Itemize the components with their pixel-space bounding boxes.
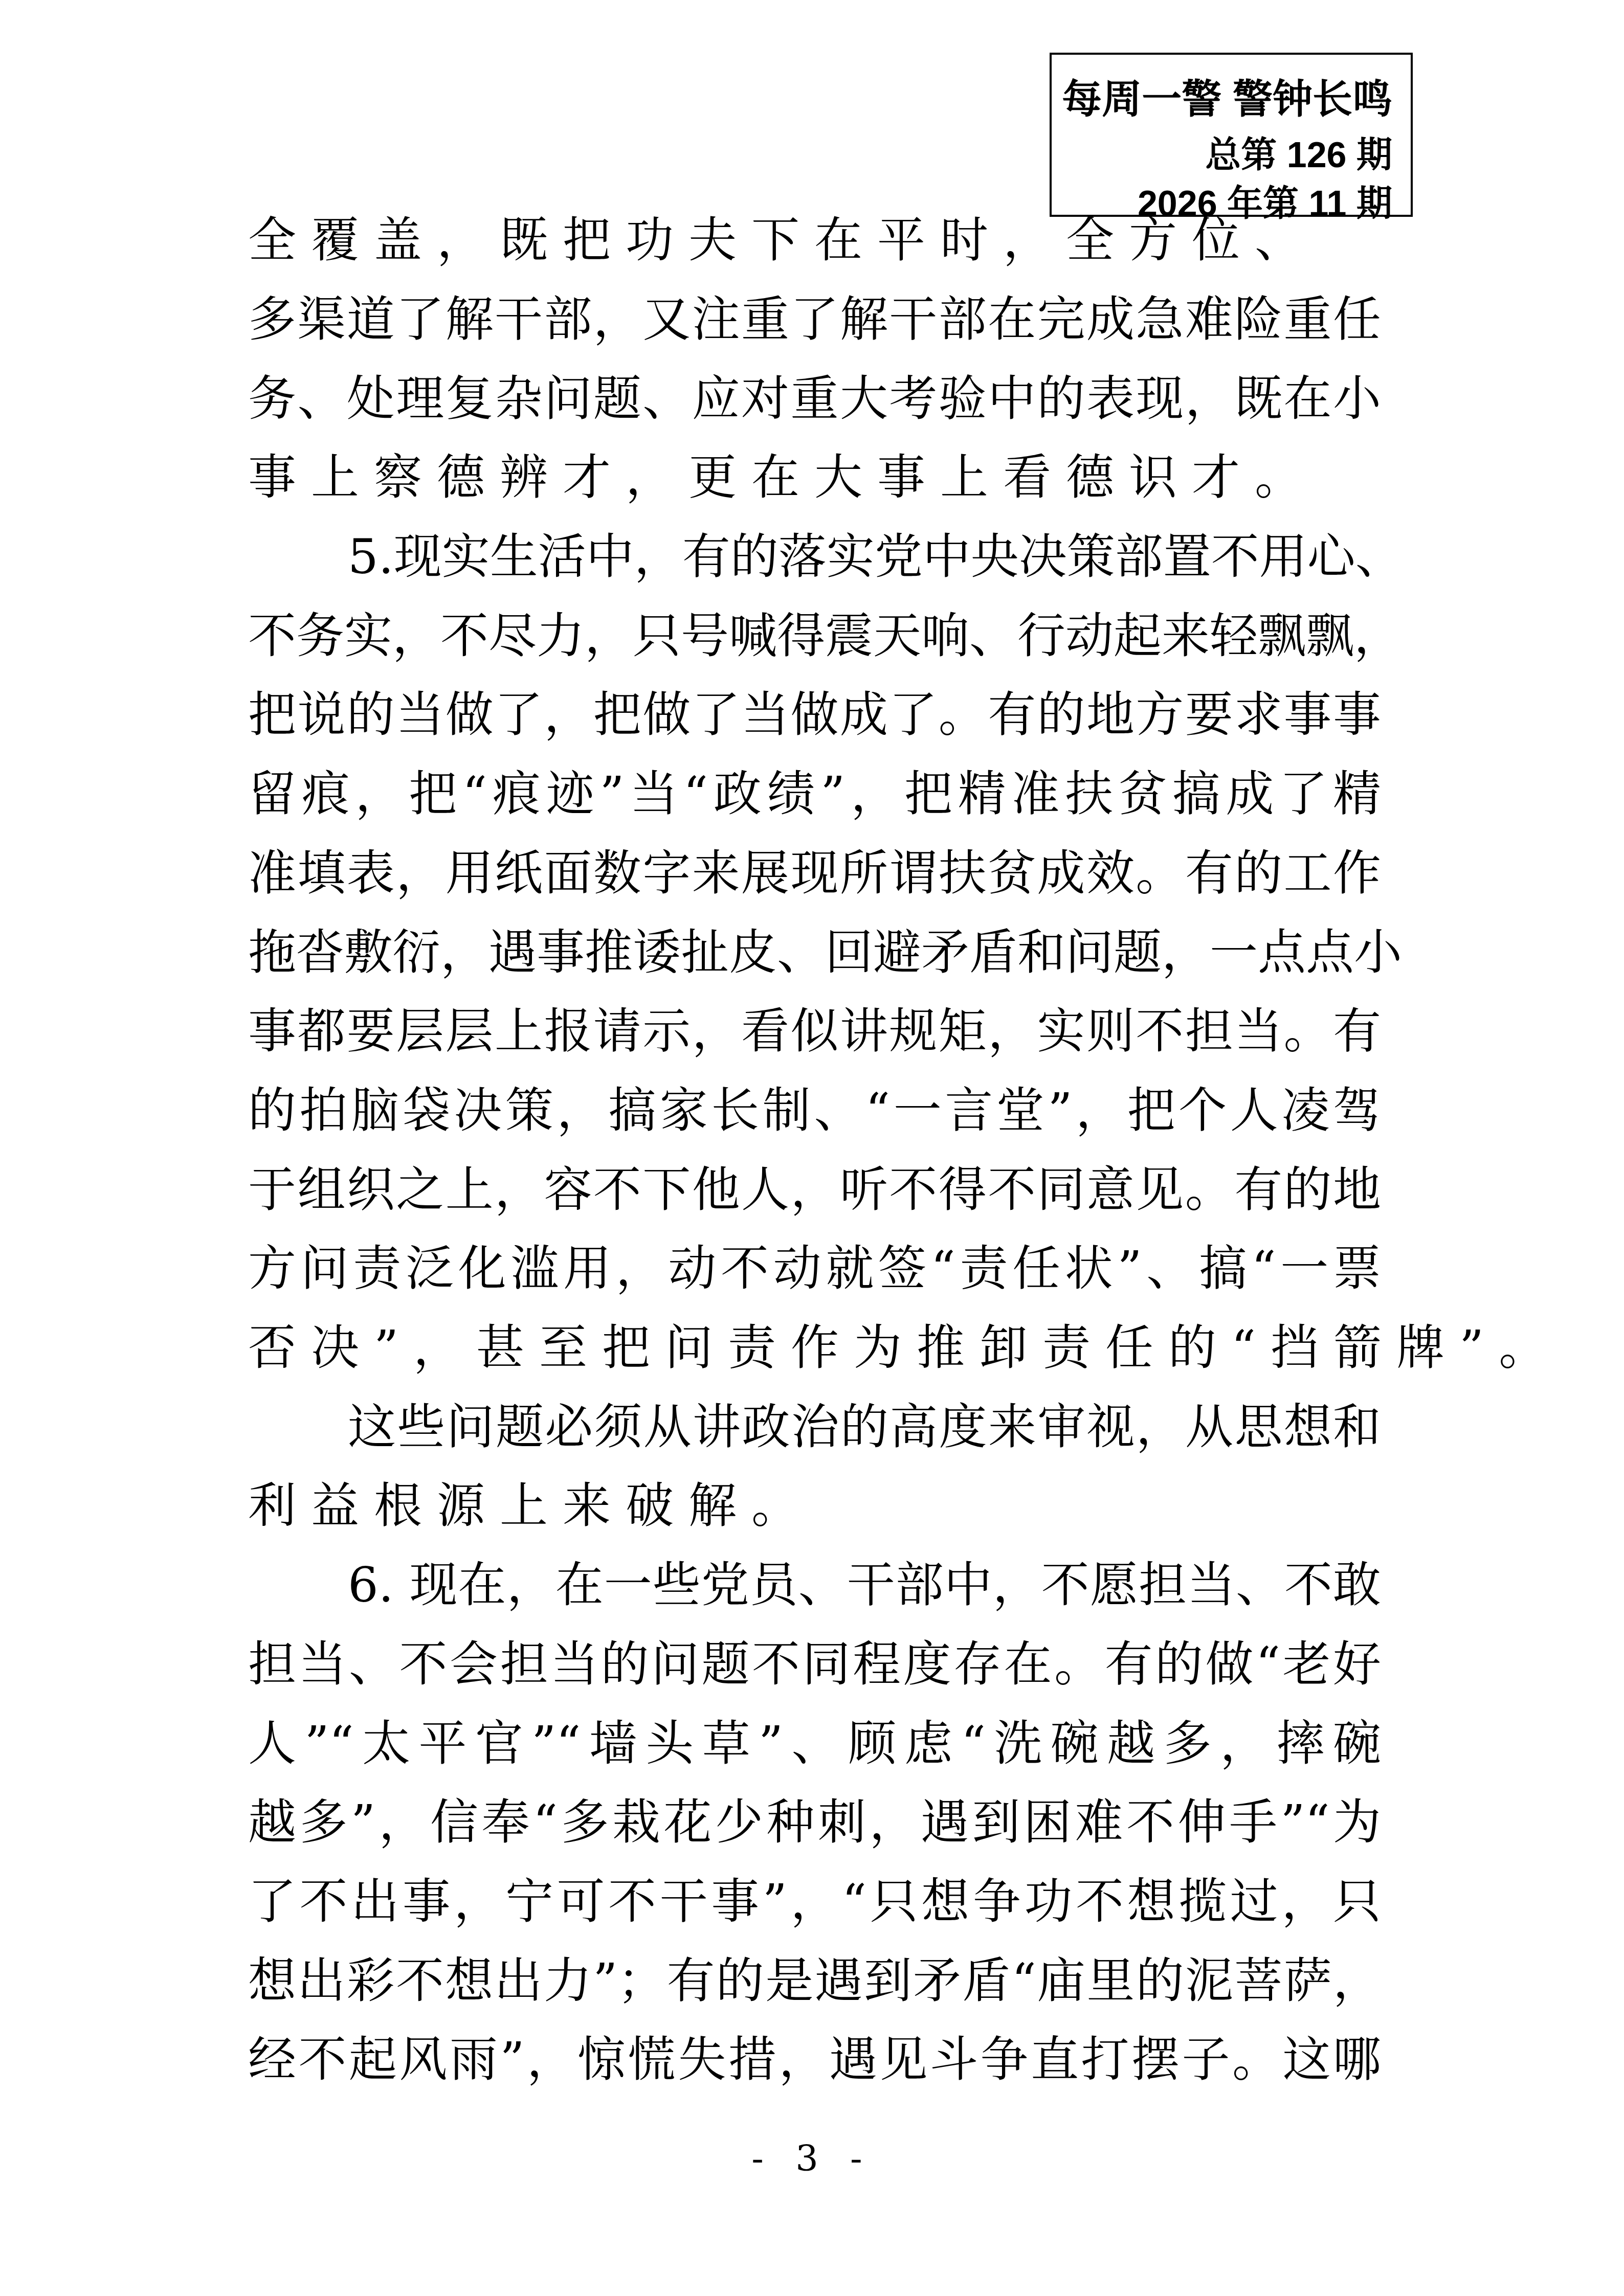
text-line: 务、处理复杂问题、应对重大考验中的表现，既在小 (248, 371, 1381, 427)
text-line: 多渠道了解干部，又注重了解干部在完成急难险重任 (248, 292, 1381, 348)
text-line: 人”“太平官”“墙头草”、顾虑“洗碗越多，摔碗 (248, 1716, 1381, 1772)
text-line: 方问责泛化滥用，动不动就签“责任状”、搞“一票 (248, 1241, 1381, 1297)
text-line: 否决”，甚至把问责作为推卸责任的“挡箭牌”。 (248, 1320, 1381, 1377)
document-body: 全覆盖，既把功夫下在平时，全方位、 多渠道了解干部，又注重了解干部在完成急难险重… (0, 0, 1624, 2296)
text-line: 担当、不会担当的问题不同程度存在。有的做“老好 (248, 1637, 1381, 1693)
text-line: 事都要层层上报请示，看似讲规矩，实则不担当。有 (248, 1004, 1381, 1060)
text-line: 全覆盖，既把功夫下在平时，全方位、 (248, 213, 1381, 269)
text-line: 的拍脑袋决策，搞家长制、“一言堂”，把个人凌驾 (248, 1083, 1381, 1139)
page-number: - 3 - (0, 2137, 1624, 2179)
text-line: 经不起风雨”，惊慌失措，遇见斗争直打摆子。这哪 (248, 2032, 1381, 2088)
text-line: 了不出事，宁可不干事”，“只想争功不想揽过，只 (248, 1874, 1381, 1930)
text-line: 准填表，用纸面数字来展现所谓扶贫成效。有的工作 (248, 846, 1381, 902)
text-line: 利益根源上来破解。 (248, 1478, 1381, 1535)
text-line: 拖沓敷衍，遇事推诿扯皮、回避矛盾和问题，一点点小 (248, 925, 1381, 981)
text-line: 不务实，不尽力，只号喊得震天响、行动起来轻飘飘， (248, 609, 1381, 665)
text-line: 事上察德辨才，更在大事上看德识才。 (248, 450, 1381, 506)
text-line: 留痕，把“痕迹”当“政绩”，把精准扶贫搞成了精 (248, 767, 1381, 823)
paragraph-6-start: 6. 现在，在一些党员、干部中，不愿担当、不敢 (348, 1558, 1381, 1614)
text-line: 想出彩不想出力”；有的是遇到矛盾“庙里的泥菩萨， (248, 1953, 1381, 2010)
text-line: 于组织之上，容不下他人，听不得不同意见。有的地 (248, 1162, 1381, 1219)
text-line: 越多”，信奉“多栽花少种刺，遇到困难不伸手”“为 (248, 1795, 1381, 1851)
text-line: 把说的当做了，把做了当做成了。有的地方要求事事 (248, 687, 1381, 744)
paragraph-5-start: 5.现实生活中，有的落实党中央决策部置不用心、 (348, 529, 1381, 586)
paragraph-summary-start: 这些问题必须从讲政治的高度来审视，从思想和 (348, 1400, 1381, 1456)
